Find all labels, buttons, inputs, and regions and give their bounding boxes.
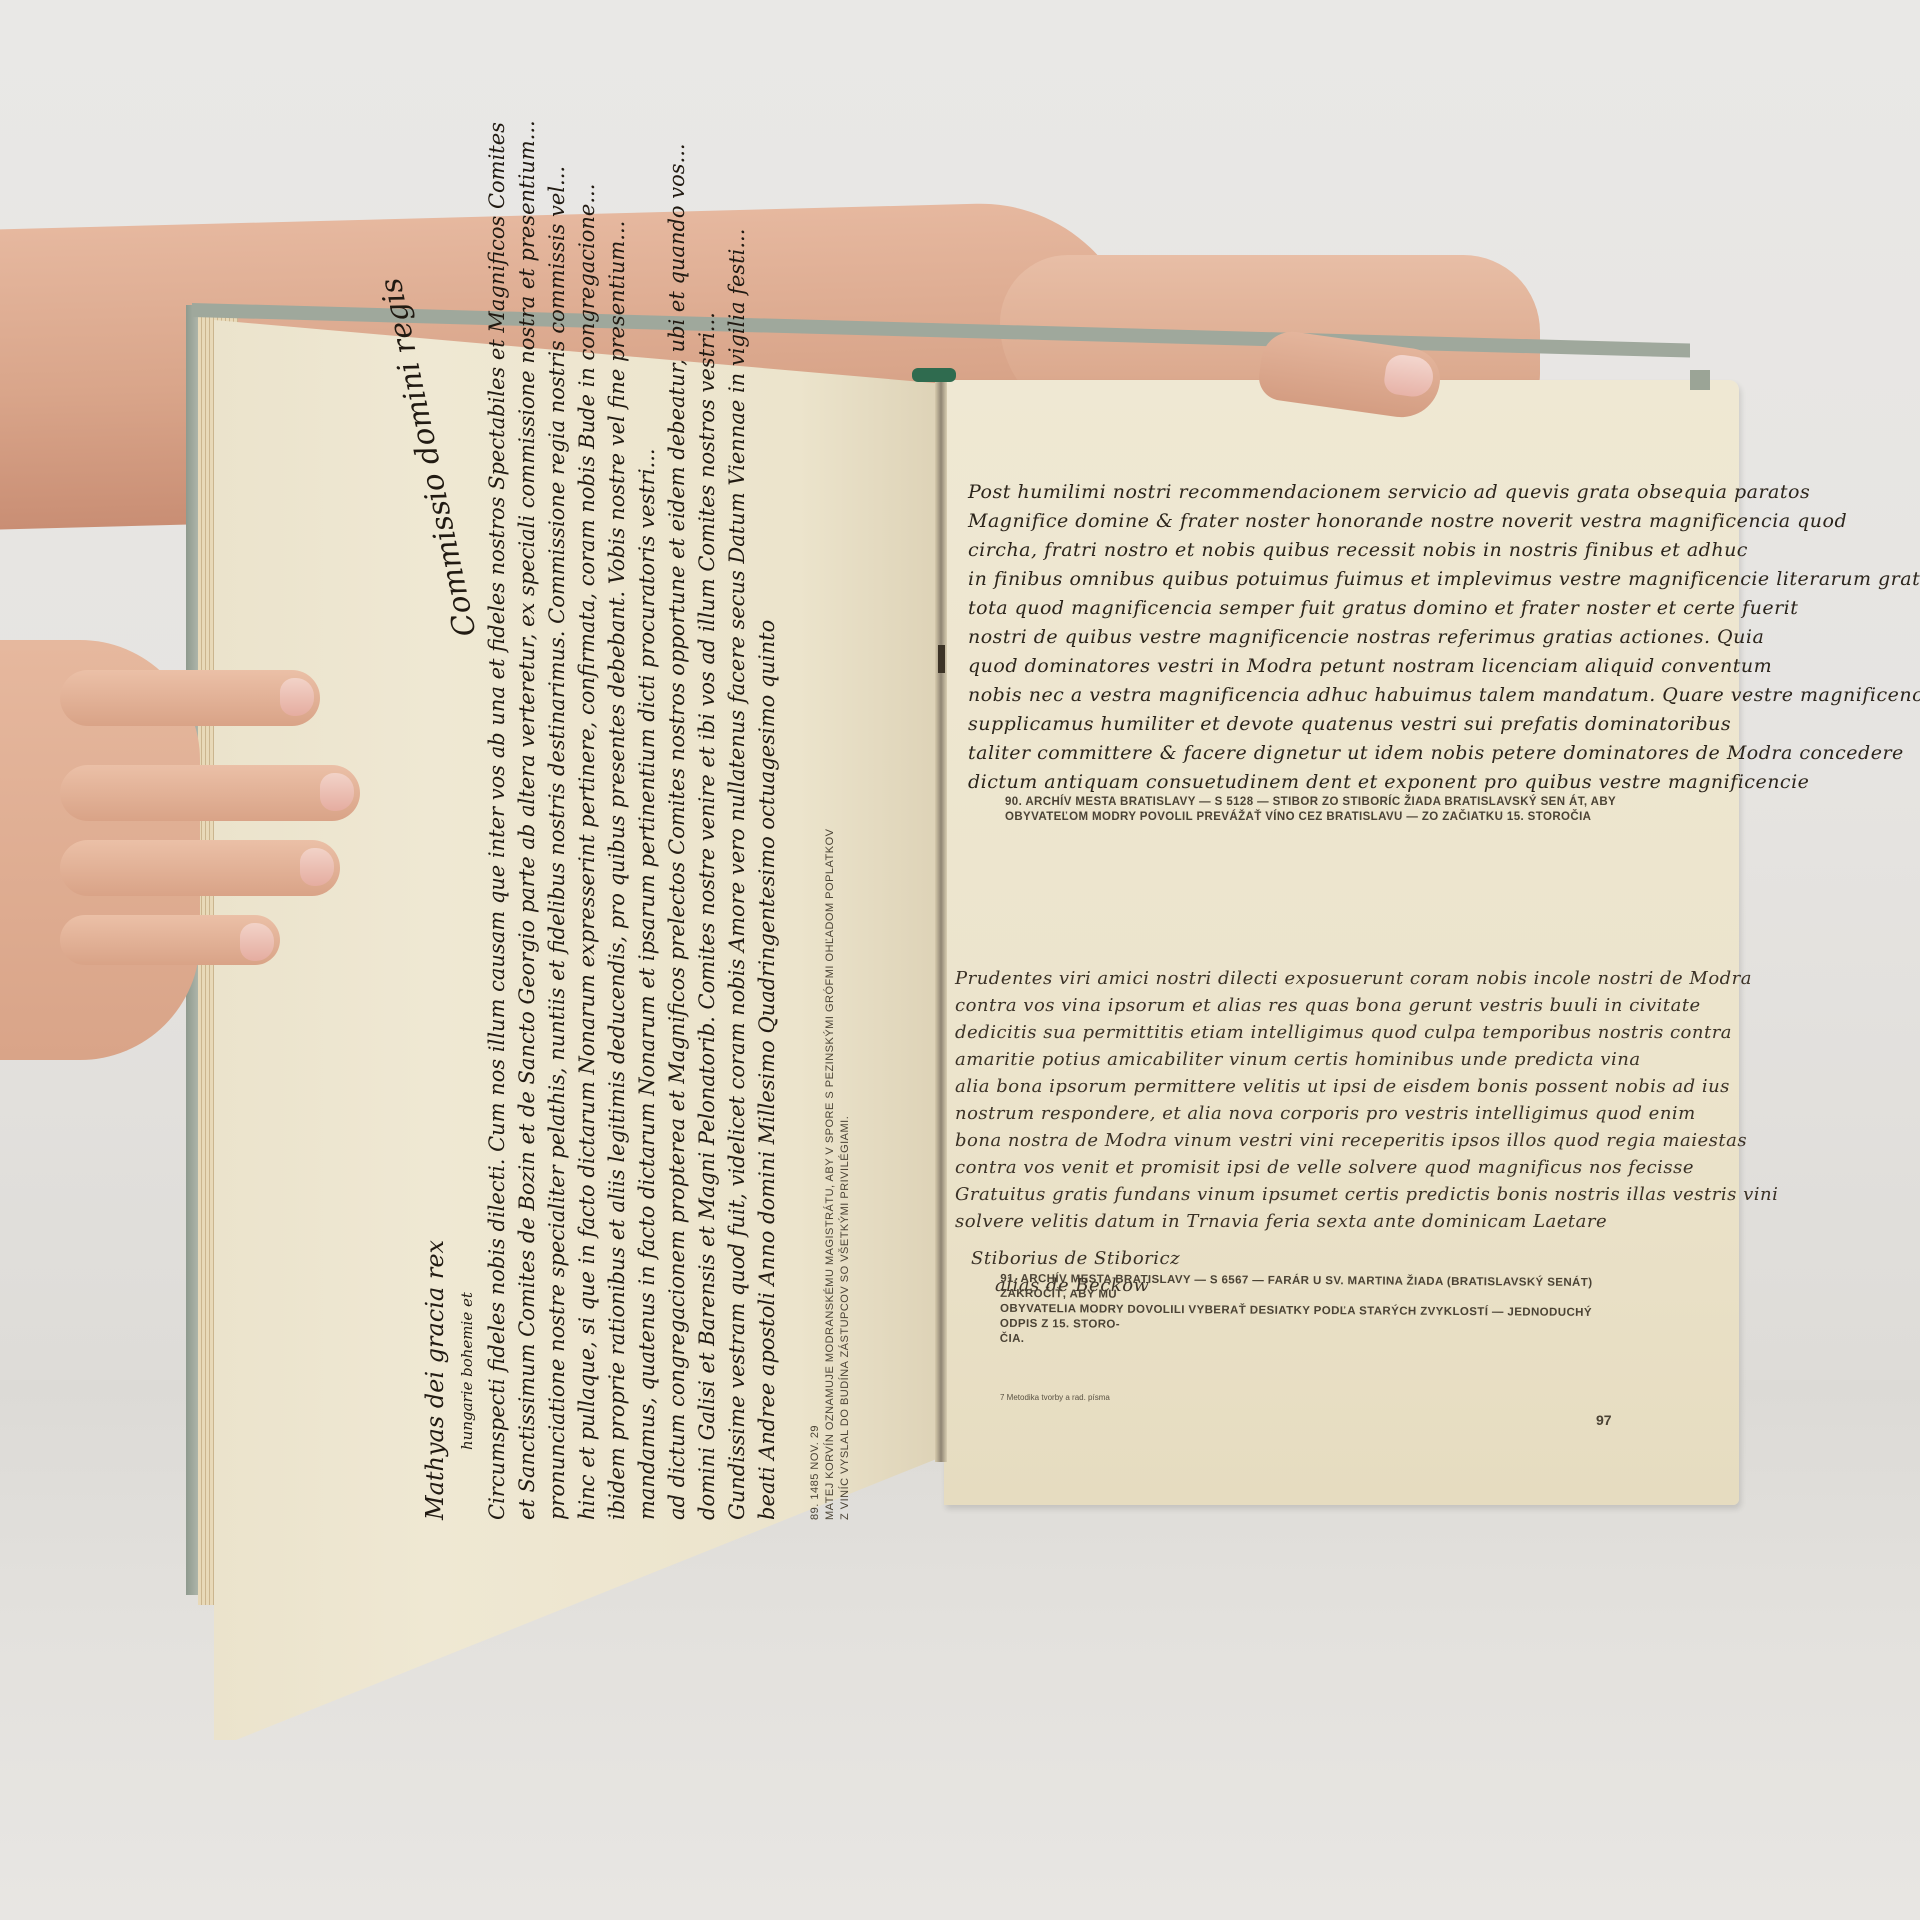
manuscript-line: Gratuitus gratis fundans vinum ipsumet c… bbox=[955, 1181, 1778, 1208]
fingernail bbox=[320, 773, 354, 811]
caption-89-line-1: MATEJ KORVÍN OZNAMUJE MODRANSKÉMU MAGIST… bbox=[823, 760, 838, 1520]
fingernail bbox=[280, 678, 314, 716]
manuscript-line: nostrum respondere, et alia nova corpori… bbox=[955, 1100, 1778, 1127]
caption-91: 91. ARCHÍV MESTA BRATISLAVY — S 6567 — F… bbox=[1000, 1272, 1621, 1351]
manuscript-line: ibidem proprie rationibus et aliis legit… bbox=[602, 120, 632, 1520]
manuscript-line: pronunciatione nostre specialiter pelath… bbox=[542, 120, 572, 1520]
page-number: 97 bbox=[1596, 1412, 1612, 1428]
manuscript-line: nobis nec a vestra magnificencia adhuc h… bbox=[968, 681, 1920, 710]
manuscript-line: Post humilimi nostri recommendacionem se… bbox=[968, 478, 1920, 507]
manuscript-line: tota quod magnificencia semper fuit grat… bbox=[968, 594, 1920, 623]
caption-89: 89. 1485 NOV. 29 MATEJ KORVÍN OZNAMUJE M… bbox=[808, 760, 853, 1520]
manuscript-line: circha, fratri nostro et nobis quibus re… bbox=[968, 536, 1920, 565]
manuscript-line: quod dominatores vestri in Modra petunt … bbox=[968, 652, 1920, 681]
manuscript-line: hinc et pullaque, si que in facto dictar… bbox=[572, 120, 602, 1520]
manuscript-line: Gundissime vestram quod fuit, videlicet … bbox=[722, 120, 752, 1520]
book-gutter bbox=[935, 372, 947, 1462]
manuscript-line: bona nostra de Modra vinum vestri vini r… bbox=[955, 1127, 1778, 1154]
manuscript-line: Circumspecti fideles nobis dilecti. Cum … bbox=[482, 120, 512, 1520]
manuscript-91: Prudentes viri amici nostri dilecti expo… bbox=[955, 965, 1778, 1299]
manuscript-line: Prudentes viri amici nostri dilecti expo… bbox=[955, 965, 1778, 992]
caption-90: 90. ARCHÍV MESTA BRATISLAVY — S 5128 — S… bbox=[1005, 795, 1645, 825]
manuscript-line: contra vos venit et promisit ipsi de vel… bbox=[955, 1154, 1778, 1181]
caption-91-line-1: 91. ARCHÍV MESTA BRATISLAVY — S 6567 — F… bbox=[1000, 1272, 1620, 1306]
finger-middle bbox=[60, 765, 360, 821]
manuscript-line: beati Andree apostoli Anno domini Milles… bbox=[752, 120, 782, 1520]
finger-index bbox=[60, 670, 320, 726]
spine-marker bbox=[938, 645, 945, 673]
manuscript-89: Mathyas dei gracia rex hungarie bohemie … bbox=[420, 120, 782, 1520]
caption-91-line-2: OBYVATELIA MODRY DOVOLILI VYBERAŤ DESIAT… bbox=[1000, 1302, 1620, 1336]
manuscript-line: solvere velitis datum in Trnavia feria s… bbox=[955, 1208, 1778, 1235]
page-footer-note: 7 Metodika tvorby a rad. písma bbox=[1000, 1393, 1110, 1402]
manuscript-line: alia bona ipsorum permittere velitis ut … bbox=[955, 1073, 1778, 1100]
fingernail bbox=[300, 848, 334, 886]
manuscript-89-heading: Mathyas dei gracia rex bbox=[420, 120, 450, 1520]
finger-little bbox=[60, 915, 280, 965]
manuscript-line: et Sanctissimum Comites de Bozin et de S… bbox=[512, 120, 542, 1520]
manuscript-line: in finibus omnibus quibus potuimus fuimu… bbox=[968, 565, 1920, 594]
fingernail bbox=[240, 923, 274, 961]
manuscript-91-signature: Stiborius de Stiboricz bbox=[955, 1245, 1778, 1272]
caption-89-line-2: Z VINÍC VYSLAL DO BUDÍNA ZÁSTUPCOV SO VŠ… bbox=[838, 760, 853, 1520]
book-cover-corner bbox=[1690, 370, 1710, 390]
finger-ring bbox=[60, 840, 340, 896]
manuscript-line: Magnifice domine & frater noster honoran… bbox=[968, 507, 1920, 536]
manuscript-line: mandamus, quatenus in facto dictarum Non… bbox=[632, 120, 662, 1520]
manuscript-line: dictum antiquam consuetudinem dent et ex… bbox=[968, 768, 1920, 797]
manuscript-89-subheading: hungarie bohemie et bbox=[452, 120, 482, 1520]
bookmark-ribbon bbox=[912, 368, 956, 382]
manuscript-line: dedicitis sua permittitis etiam intellig… bbox=[955, 1019, 1778, 1046]
manuscript-line: domini Galisi et Barensis et Magni Pelon… bbox=[692, 120, 722, 1520]
caption-89-date: 89. 1485 NOV. 29 bbox=[808, 760, 823, 1520]
manuscript-line: ad dictum congregacionem propterea et Ma… bbox=[662, 120, 692, 1520]
manuscript-line: contra vos vina ipsorum et alias res qua… bbox=[955, 992, 1778, 1019]
manuscript-line: nostri de quibus vestre magnificencie no… bbox=[968, 623, 1920, 652]
left-page-rotated-content: Mathyas dei gracia rex hungarie bohemie … bbox=[420, 420, 840, 1520]
manuscript-line: amaritie potius amicabiliter vinum certi… bbox=[955, 1046, 1778, 1073]
manuscript-line: supplicamus humiliter et devote quatenus… bbox=[968, 710, 1920, 739]
manuscript-90: Post humilimi nostri recommendacionem se… bbox=[968, 478, 1920, 797]
manuscript-line: taliter committere & facere dignetur ut … bbox=[968, 739, 1920, 768]
